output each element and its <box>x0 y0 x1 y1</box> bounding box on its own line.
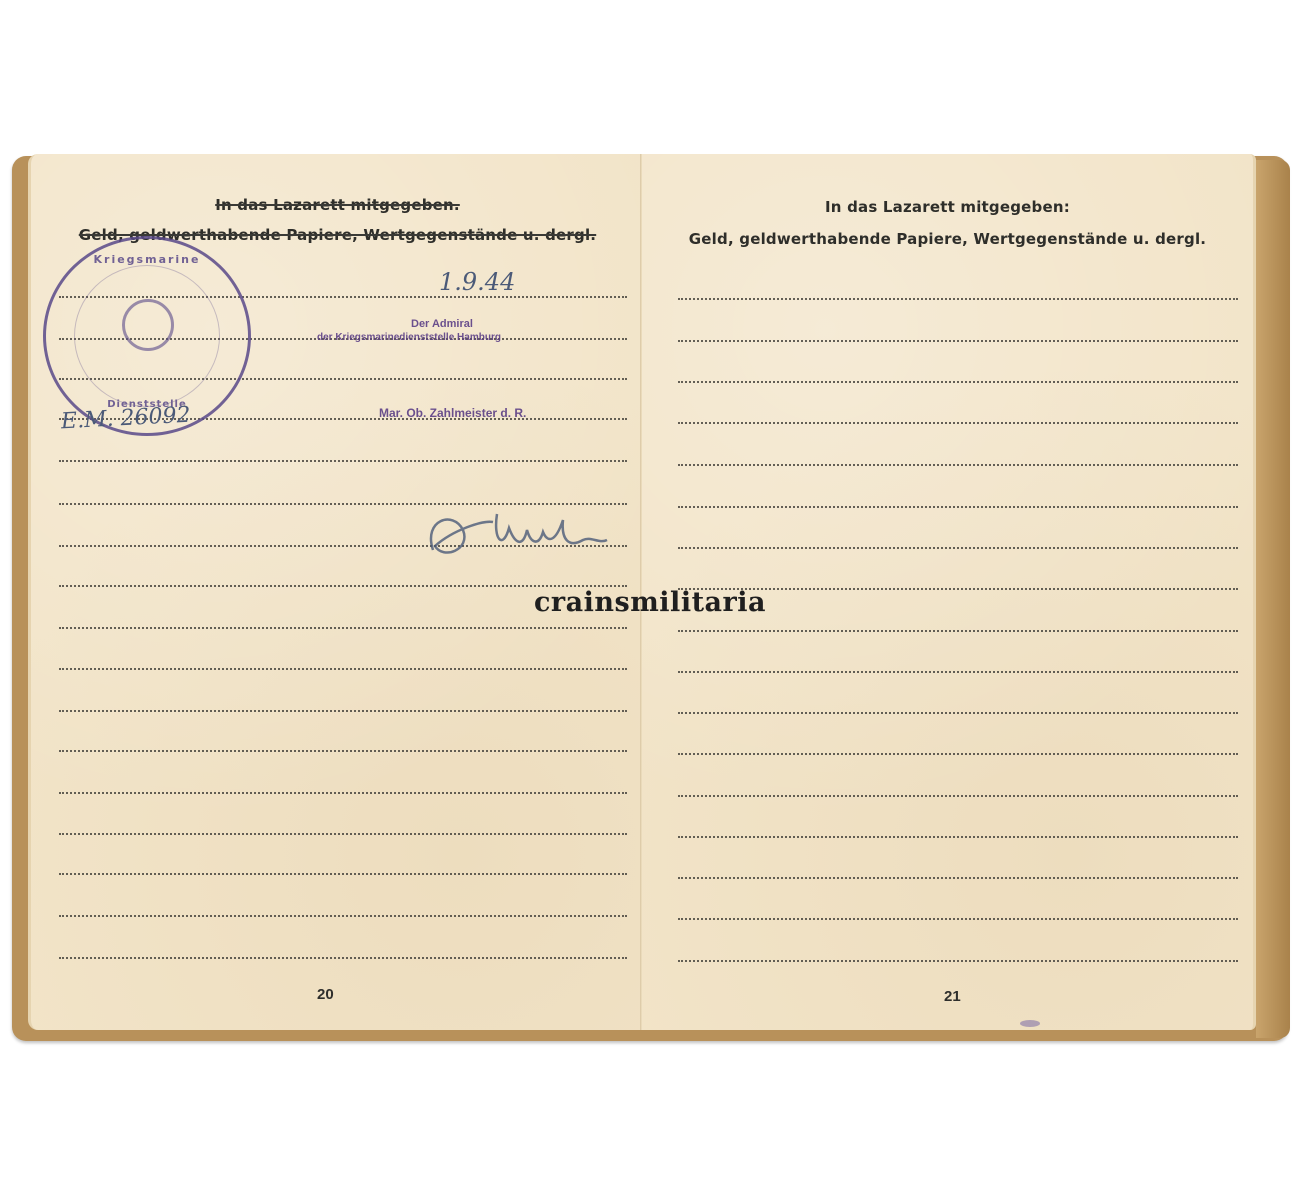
ruled-line <box>678 877 1238 879</box>
ruled-line <box>678 918 1238 920</box>
left-heading-line1: In das Lazarett mitgegeben. <box>31 196 644 214</box>
right-heading-line1: In das Lazarett mitgegeben: <box>642 198 1253 216</box>
ink-smudge <box>1020 1020 1040 1027</box>
ruled-line <box>678 836 1238 838</box>
ruled-line <box>678 795 1238 797</box>
office-stamp-line2: der Kriegsmarinedienststelle Hamburg <box>317 332 501 343</box>
ruled-line <box>59 460 627 462</box>
ruled-line <box>59 873 627 875</box>
office-stamp-line1: Der Admiral <box>411 318 473 330</box>
ruled-line <box>59 668 627 670</box>
ruled-line <box>59 710 627 712</box>
ruled-line <box>59 750 627 752</box>
ruled-line <box>59 957 627 959</box>
page-number-right: 21 <box>944 988 961 1005</box>
ruled-line <box>678 630 1238 632</box>
ruled-line <box>678 547 1238 549</box>
ruled-line <box>678 298 1238 300</box>
ruled-line <box>59 915 627 917</box>
ruled-line <box>678 753 1238 755</box>
ruled-line <box>59 833 627 835</box>
ruled-line <box>678 340 1238 342</box>
seal-emblem-icon <box>122 299 174 351</box>
ruled-line <box>678 712 1238 714</box>
right-heading-line2: Geld, geldwerthabende Papiere, Wertgegen… <box>642 230 1253 248</box>
ruled-line <box>59 792 627 794</box>
ruled-line <box>678 464 1238 466</box>
ruled-line <box>59 627 627 629</box>
ruled-line <box>678 381 1238 383</box>
ruled-line <box>678 960 1238 962</box>
page-number-left: 20 <box>317 986 334 1003</box>
handwritten-date: 1.9.44 <box>439 268 515 296</box>
ruled-line <box>678 671 1238 673</box>
signature <box>423 500 613 570</box>
watermark: crainsmilitaria <box>0 587 1300 618</box>
ruled-line <box>678 506 1238 508</box>
ruled-line <box>678 422 1238 424</box>
office-stamp-line3: Mar. Ob. Zahlmeister d. R. <box>379 406 526 420</box>
